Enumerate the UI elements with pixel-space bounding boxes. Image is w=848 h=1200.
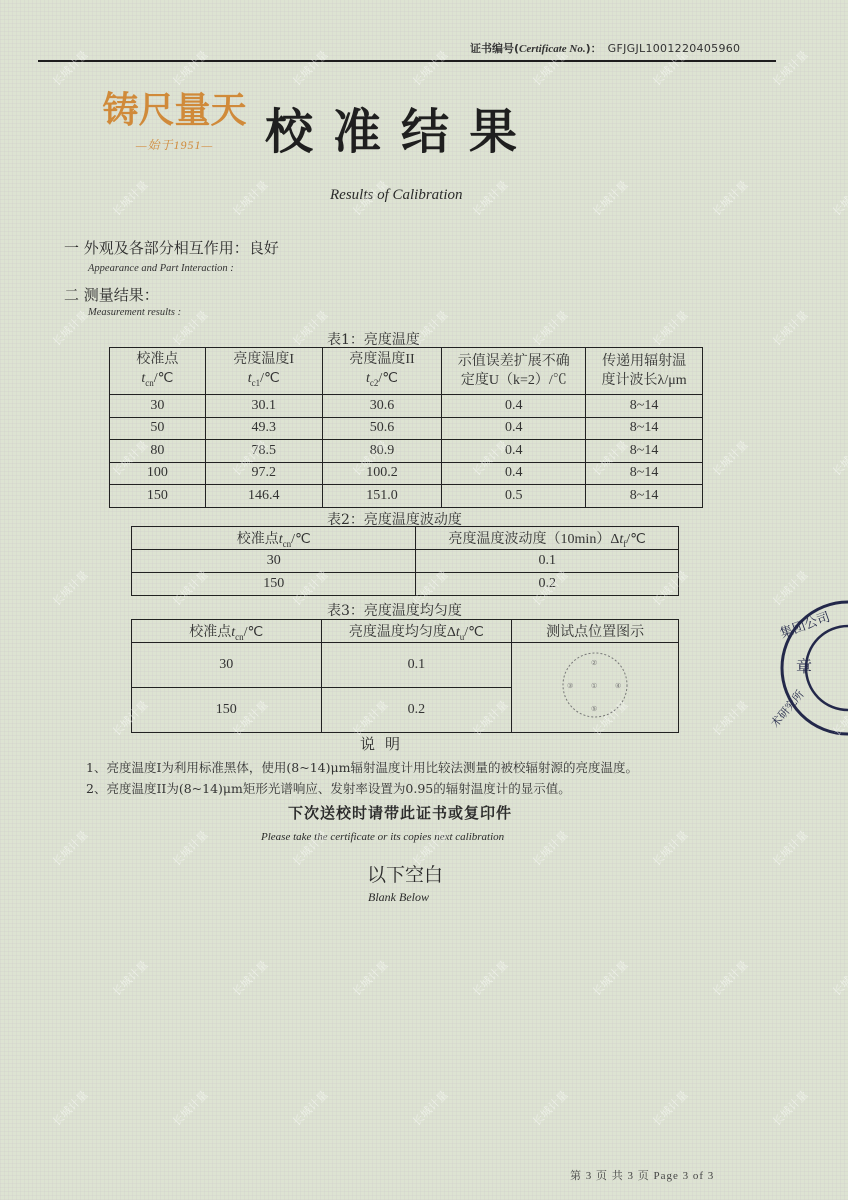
certificate-label-cn: 证书编号 [470, 42, 514, 55]
official-seal-stamp: 集团公司 章 术研究所 [760, 600, 848, 740]
table-row: 3030.130.60.48~14 [110, 395, 703, 418]
measurement-label-en: Measurement results : [88, 307, 181, 318]
table-cell: 8~14 [586, 417, 703, 440]
logo-main-text: 铸尺量天 [92, 90, 257, 130]
table-brightness-fluctuation: 校准点tcn/℃亮度温度波动度（10min）Δtf/℃ 300.11500.2 [131, 526, 679, 596]
table-cell: 151.0 [322, 485, 442, 508]
page-subtitle: Results of Calibration [330, 187, 463, 204]
table-cell: 100 [110, 462, 206, 485]
subscript: cn [283, 538, 292, 548]
table-brightness-uniformity: 校准点tcn/℃亮度温度均匀度Δtu/℃测试点位置图示 300.1②③①④⑤15… [131, 619, 679, 733]
watermark-text: 长城计量 [708, 177, 750, 219]
watermark-text: 长城计量 [528, 1087, 570, 1129]
watermark-text: 长城计量 [288, 1087, 330, 1129]
table-cell: 100.2 [322, 462, 442, 485]
watermark-text: 长城计量 [528, 827, 570, 869]
watermark-text: 长城计量 [768, 47, 810, 89]
watermark-text: 长城计量 [468, 957, 510, 999]
watermark-text: 长城计量 [168, 47, 210, 89]
watermark-text: 长城计量 [768, 1087, 810, 1129]
subscript: c2 [370, 377, 379, 387]
watermark-text: 长城计量 [408, 1087, 450, 1129]
watermark-text: 长城计量 [48, 827, 90, 869]
company-logo: 铸尺量天 —始于1951— [92, 90, 257, 153]
watermark-text: 长城计量 [648, 1087, 690, 1129]
section-marker: 一 [64, 239, 79, 257]
notes-title: 说明 [360, 733, 410, 754]
table-row: 5049.350.60.48~14 [110, 417, 703, 440]
table-cell: 8~14 [586, 395, 703, 418]
watermark-text: 长城计量 [468, 177, 510, 219]
watermark-text: 长城计量 [168, 827, 210, 869]
watermark-text: 长城计量 [708, 697, 750, 739]
watermark-text: 长城计量 [828, 437, 848, 479]
watermark-text: 长城计量 [288, 307, 330, 349]
watermark-text: 长城计量 [708, 437, 750, 479]
table-cell: 0.1 [321, 643, 512, 688]
table1-header-2: 亮度温度IItc2/℃ [322, 348, 442, 395]
watermark-text: 长城计量 [228, 177, 270, 219]
measurement-label: 测量结果： [84, 286, 159, 304]
page-title: 校准结果 [265, 104, 537, 160]
watermark-text: 长城计量 [768, 307, 810, 349]
table-cell: 97.2 [205, 462, 322, 485]
watermark-text: 长城计量 [108, 957, 150, 999]
table-cell: 78.5 [205, 440, 322, 463]
appearance-value: 良好 [249, 239, 279, 257]
table2-header-1: 亮度温度波动度（10min）Δtf/℃ [416, 527, 679, 550]
test-point-diagram: ②③①④⑤ [555, 645, 635, 725]
table-cell: 0.4 [442, 395, 586, 418]
table-row: 150146.4151.00.58~14 [110, 485, 703, 508]
table-cell: 8~14 [586, 440, 703, 463]
watermark-text: 长城计量 [648, 827, 690, 869]
table3-header-0: 校准点tcn/℃ [132, 620, 322, 643]
next-calibration-en: Please take the certificate or its copie… [261, 831, 504, 843]
section-measurement: 二 测量结果： [64, 284, 159, 305]
appearance-label: 外观及各部分相互作用： [84, 239, 249, 257]
svg-text:①: ① [591, 682, 597, 690]
svg-text:集团公司: 集团公司 [778, 609, 832, 642]
table-brightness-temperature: 校准点tcn/℃亮度温度Itc1/℃亮度温度IItc2/℃示值误差扩展不确定度U… [109, 347, 703, 508]
table3-caption: 表3：亮度温度均匀度 [327, 600, 462, 620]
table2-header-0: 校准点tcn/℃ [132, 527, 416, 550]
appearance-label-en: Appearance and Part Interaction : [88, 263, 234, 274]
table-cell: 30 [132, 643, 322, 688]
certificate-number: GFJGJL1001220405960 [608, 42, 741, 55]
subscript: u [460, 631, 465, 641]
note-item-2: 2、亮度温度II为(8~14)μm矩形光谱响应、发射率设置为0.95的辐射温度计… [86, 779, 571, 797]
table-cell: 30.6 [322, 395, 442, 418]
subscript: cn [235, 631, 244, 641]
table-row: 8078.580.90.48~14 [110, 440, 703, 463]
watermark-text: 长城计量 [168, 1087, 210, 1129]
table-cell: 50.6 [322, 417, 442, 440]
watermark-text: 长城计量 [588, 957, 630, 999]
table-cell: 150 [110, 485, 206, 508]
logo-sub-text: —始于1951— [92, 136, 257, 153]
table-cell: 150 [132, 688, 322, 733]
table-cell: 30 [110, 395, 206, 418]
table-row: 1500.2 [132, 573, 679, 596]
table1-caption: 表1：亮度温度 [327, 329, 420, 349]
svg-text:②: ② [591, 659, 597, 667]
header-rule [38, 60, 776, 62]
watermark-text: 长城计量 [48, 567, 90, 609]
table3-header-2: 测试点位置图示 [512, 620, 679, 643]
subscript: cn [145, 377, 154, 387]
watermark-text: 长城计量 [348, 957, 390, 999]
table-cell: 146.4 [205, 485, 322, 508]
table1-header-3: 示值误差扩展不确定度U（k=2）/℃ [442, 348, 586, 395]
watermark-text: 长城计量 [828, 177, 848, 219]
table-cell: 0.4 [442, 417, 586, 440]
next-calibration-cn: 下次送校时请带此证书或复印件 [288, 802, 512, 823]
watermark-text: 长城计量 [48, 307, 90, 349]
table-cell: 80.9 [322, 440, 442, 463]
watermark-text: 长城计量 [408, 47, 450, 89]
section-appearance: 一 外观及各部分相互作用：良好 [64, 237, 279, 258]
watermark-text: 长城计量 [708, 957, 750, 999]
watermark-text: 长城计量 [588, 177, 630, 219]
table1-header-0: 校准点tcn/℃ [110, 348, 206, 395]
certificate-label-en: Certificate No. [519, 43, 586, 55]
svg-text:⑤: ⑤ [591, 705, 597, 713]
test-point-diagram-cell: ②③①④⑤ [512, 643, 679, 733]
watermark-text: 长城计量 [108, 177, 150, 219]
table-cell: 50 [110, 417, 206, 440]
table-cell: 80 [110, 440, 206, 463]
table1-header-4: 传递用辐射温度计波长λ/μm [586, 348, 703, 395]
table-cell: 8~14 [586, 485, 703, 508]
table-cell: 0.1 [416, 550, 679, 573]
watermark-text: 长城计量 [828, 957, 848, 999]
svg-text:章: 章 [796, 657, 812, 676]
watermark-text: 长城计量 [528, 307, 570, 349]
table-row: 300.1②③①④⑤ [132, 643, 679, 688]
table-cell: 49.3 [205, 417, 322, 440]
table1-header-1: 亮度温度Itc1/℃ [205, 348, 322, 395]
watermark-text: 长城计量 [768, 827, 810, 869]
table-cell: 0.4 [442, 440, 586, 463]
section-marker: 二 [64, 286, 79, 304]
watermark-text: 长城计量 [228, 957, 270, 999]
watermark-text: 长城计量 [48, 47, 90, 89]
blank-below-en: Blank Below [368, 890, 429, 905]
subscript: f [623, 538, 626, 548]
blank-below-cn: 以下空白 [367, 860, 443, 887]
table-cell: 30 [132, 550, 416, 573]
table-cell: 0.2 [321, 688, 512, 733]
table3-header-1: 亮度温度均匀度Δtu/℃ [321, 620, 512, 643]
table-cell: 8~14 [586, 462, 703, 485]
watermark-text: 长城计量 [48, 1087, 90, 1129]
table-cell: 0.5 [442, 485, 586, 508]
subscript: c1 [252, 377, 261, 387]
table-row: 300.1 [132, 550, 679, 573]
table-cell: 30.1 [205, 395, 322, 418]
note-item-1: 1、亮度温度I为利用标准黑体，使用(8~14)μm辐射温度计用比较法测量的被校辐… [86, 758, 638, 776]
table-cell: 0.4 [442, 462, 586, 485]
watermark-text: 长城计量 [648, 307, 690, 349]
table-cell: 0.2 [416, 573, 679, 596]
page-footer: 第 3 页 共 3 页 Page 3 of 3 [570, 1167, 714, 1183]
svg-text:③: ③ [567, 682, 573, 690]
watermark-text: 长城计量 [288, 47, 330, 89]
table-cell: 150 [132, 573, 416, 596]
certificate-number-line: 证书编号(Certificate No.)：GFJGJL100122040596… [470, 40, 740, 56]
table-row: 10097.2100.20.48~14 [110, 462, 703, 485]
svg-text:④: ④ [615, 682, 621, 690]
